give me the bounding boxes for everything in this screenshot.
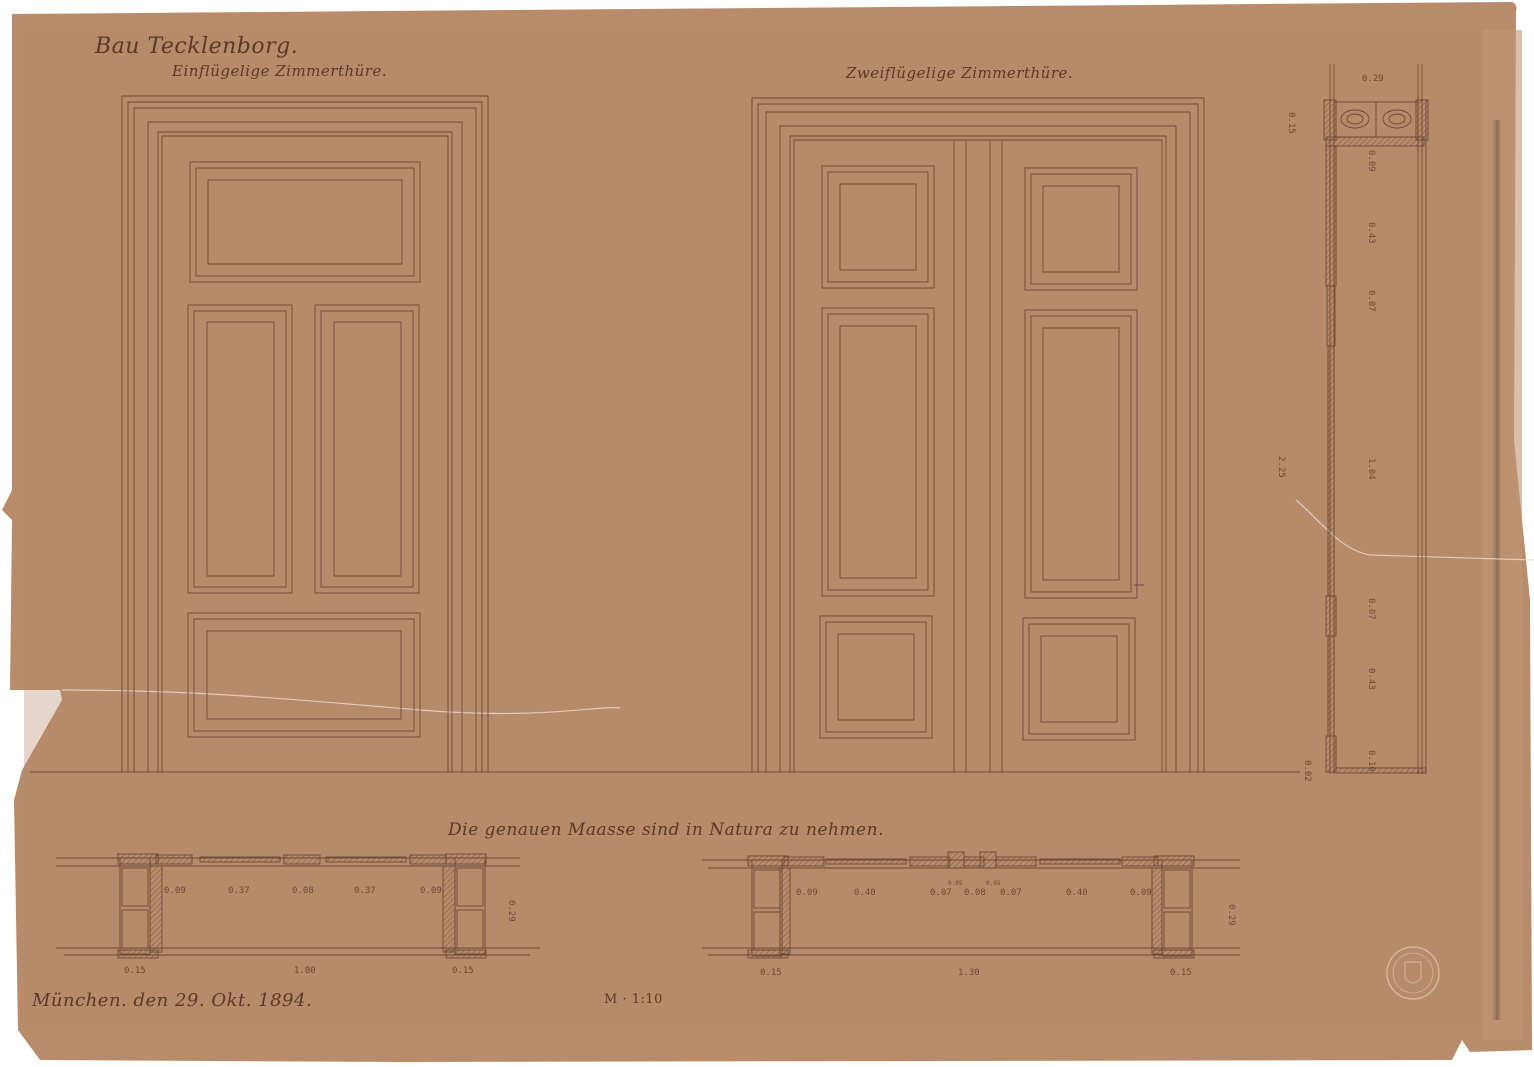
dim-upper-panel: 0.43	[1366, 222, 1376, 244]
dim-dd-center: 0.08	[964, 888, 986, 898]
dim-dd-meeting-right: 0.07	[1000, 888, 1022, 898]
dim-dd-frame-right: 0.15	[1170, 968, 1192, 978]
dim-dd-gap-right: 0.05	[986, 880, 1000, 887]
dim-threshold: 0.02	[1302, 760, 1312, 782]
dim-dd-stile-right: 0.09	[1130, 888, 1152, 898]
dim-head-frame: 0.15	[1286, 112, 1296, 134]
dim-dd-total: 1.30	[958, 968, 980, 978]
scale-label: M · 1:10	[604, 992, 663, 1007]
drawing-sheet: Bau Tecklenborg. Einflügelige Zimmerthür…	[0, 0, 1534, 1067]
dim-dd-gap-left: 0.05	[948, 880, 962, 887]
dim-dd-frame-left: 0.15	[760, 968, 782, 978]
project-title: Bau Tecklenborg.	[95, 34, 298, 59]
dim-mid-rail-upper: 0.07	[1366, 290, 1376, 312]
dim-sd-panel-right: 0.37	[354, 886, 376, 896]
single-door-title: Einflügelige Zimmerthüre.	[172, 62, 387, 80]
dim-sd-panel-left: 0.37	[228, 886, 250, 896]
dim-sd-total: 1.00	[294, 966, 316, 976]
dim-bottom-rail: 0.10	[1366, 750, 1376, 772]
dim-lower-panel: 0.43	[1366, 668, 1376, 690]
paper-and-linework	[0, 0, 1534, 1067]
dim-sd-stile-left: 0.09	[164, 886, 186, 896]
dim-section-depth: 0.29	[1362, 74, 1384, 84]
dim-main-panel: 1.04	[1366, 458, 1376, 480]
dim-sd-frame-right: 0.15	[452, 966, 474, 976]
dim-sd-wall-depth: 0.29	[506, 900, 516, 922]
double-door-title: Zweiflügelige Zimmerthüre.	[846, 64, 1073, 82]
dim-sd-stile-right: 0.09	[420, 886, 442, 896]
dim-mid-rail-lower: 0.07	[1366, 598, 1376, 620]
dim-sd-muntin: 0.08	[292, 886, 314, 896]
dim-sd-frame-left: 0.15	[124, 966, 146, 976]
dim-dd-wall-depth: 0.29	[1226, 904, 1236, 926]
dim-dd-meeting-left: 0.07	[930, 888, 952, 898]
dim-top-rail: 0.09	[1366, 150, 1376, 172]
dim-dd-stile-left: 0.09	[796, 888, 818, 898]
place-date: München. den 29. Okt. 1894.	[32, 990, 312, 1011]
note-text: Die genauen Maasse sind in Natura zu neh…	[448, 820, 884, 840]
dim-dd-panel-left: 0.40	[854, 888, 876, 898]
dim-total-height: 2.25	[1276, 456, 1286, 478]
dim-dd-panel-right: 0.40	[1066, 888, 1088, 898]
